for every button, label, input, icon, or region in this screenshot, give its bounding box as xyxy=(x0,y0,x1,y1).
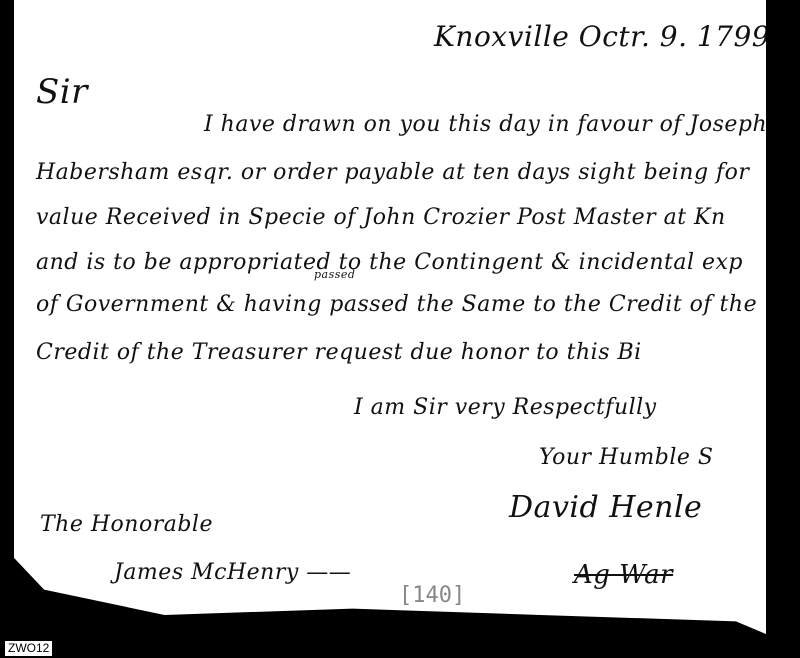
archival-mark: [140] xyxy=(399,583,465,608)
closing-line-2: Your Humble S xyxy=(539,445,713,470)
body-line-3: value Received in Specie of John Crozier… xyxy=(36,205,726,230)
scan-border-left xyxy=(0,0,14,658)
signature-title: Ag War xyxy=(574,560,673,590)
addressee-line-2: James McHenry —— xyxy=(114,560,351,585)
interlineation: passed xyxy=(314,268,355,281)
dateline: Knoxville Octr. 9. 1799 xyxy=(434,20,770,53)
letter-page: Knoxville Octr. 9. 1799 Sir I have drawn… xyxy=(14,0,766,634)
body-line-5: of Government & having passed the Same t… xyxy=(36,292,757,317)
scan-border-right xyxy=(766,0,800,658)
scan-label: ZWO12 xyxy=(4,640,53,657)
signature: David Henle xyxy=(509,490,702,525)
body-line-2: Habersham esqr. or order payable at ten … xyxy=(36,160,749,185)
salutation: Sir xyxy=(36,72,88,112)
closing-line-1: I am Sir very Respectfully xyxy=(354,395,657,420)
body-line-6: Credit of the Treasurer request due hono… xyxy=(36,340,642,365)
addressee-line-1: The Honorable xyxy=(40,512,213,537)
body-line-4: and is to be appropriated to the Conting… xyxy=(36,250,743,275)
body-line-1: I have drawn on you this day in favour o… xyxy=(204,112,767,137)
